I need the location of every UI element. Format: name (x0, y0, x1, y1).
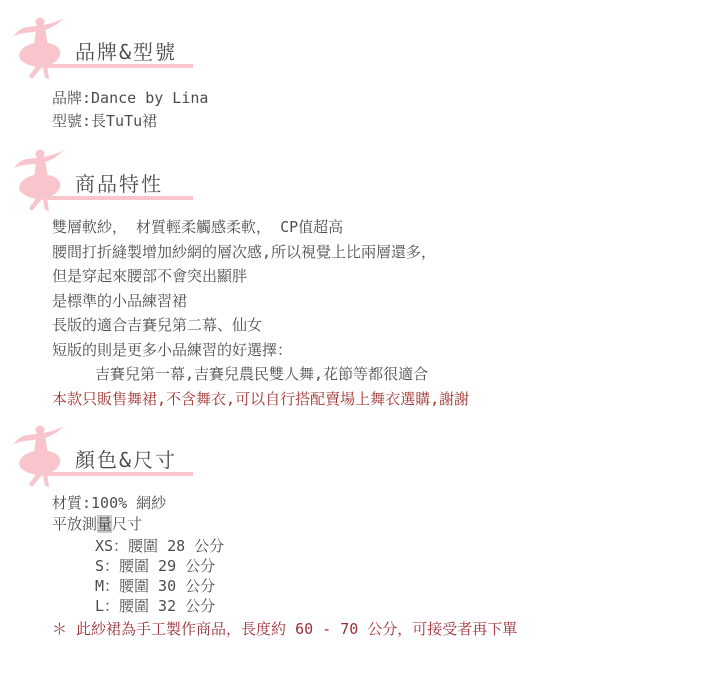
size-row: XS：腰圍 28 公分 (95, 536, 224, 556)
section-underline (42, 196, 193, 200)
section-underline (42, 472, 193, 476)
section-title: 商品特性 (75, 168, 163, 197)
section-header-color-size: 顏色&尺寸 (0, 424, 716, 504)
measure-line-post: 尺寸 (112, 515, 142, 533)
measure-line-pre: 平放測 (52, 515, 97, 533)
feature-line: 腰間打折縫製增加紗網的層次感,所以視覺上比兩層還多， (52, 240, 469, 265)
section-header-brand-model: 品牌&型號 (0, 16, 716, 96)
feature-line: 長版的適合吉賽兒第二幕、仙女 (52, 313, 469, 338)
ballerina-icon (12, 16, 66, 80)
section-title: 顏色&尺寸 (75, 444, 177, 473)
model-line: 型號:長TuTu裙 (52, 110, 208, 133)
material-line: 材質:100% 網紗 (52, 493, 166, 514)
brand-line: 品牌:Dance by Lina (52, 87, 208, 110)
feature-line-indented: 吉賽兒第一幕,吉賽兒農民雙人舞,花節等都很適合 (52, 362, 469, 387)
product-description-page: 品牌&型號 品牌:Dance by Lina 型號:長TuTu裙 商品特性 雙層… (0, 0, 716, 685)
size-row: S：腰圍 29 公分 (95, 556, 224, 576)
section-title: 品牌&型號 (75, 36, 177, 65)
size-row: L：腰圍 32 公分 (95, 596, 224, 616)
size-row: M：腰圍 30 公分 (95, 576, 224, 596)
ballerina-icon (12, 424, 66, 488)
feature-warning-line: 本款只販售舞裙,不含舞衣,可以自行搭配賣場上舞衣選購,謝謝 (52, 387, 469, 412)
features-block: 雙層軟紗， 材質輕柔觸感柔軟， CP值超高 腰間打折縫製增加紗網的層次感,所以視… (52, 215, 469, 411)
measure-line: 平放測量尺寸 (52, 514, 166, 535)
highlighted-char: 量 (97, 515, 112, 533)
size-list: XS：腰圍 28 公分 S：腰圍 29 公分 M：腰圍 30 公分 L：腰圍 3… (95, 536, 224, 616)
size-note-block: ＊ 此紗裙為手工製作商品，長度約 60 - 70 公分，可接受者再下單 (52, 618, 517, 639)
feature-line: 是標準的小品練習裙 (52, 289, 469, 314)
brand-model-block: 品牌:Dance by Lina 型號:長TuTu裙 (52, 87, 208, 133)
section-underline (42, 64, 193, 68)
feature-line: 雙層軟紗， 材質輕柔觸感柔軟， CP值超高 (52, 215, 469, 240)
feature-line: 但是穿起來腰部不會突出顯胖 (52, 264, 469, 289)
ballerina-icon (12, 148, 66, 212)
material-block: 材質:100% 網紗 平放測量尺寸 (52, 493, 166, 534)
handmade-note-line: ＊ 此紗裙為手工製作商品，長度約 60 - 70 公分，可接受者再下單 (52, 618, 517, 639)
feature-line: 短版的則是更多小品練習的好選擇： (52, 338, 469, 363)
